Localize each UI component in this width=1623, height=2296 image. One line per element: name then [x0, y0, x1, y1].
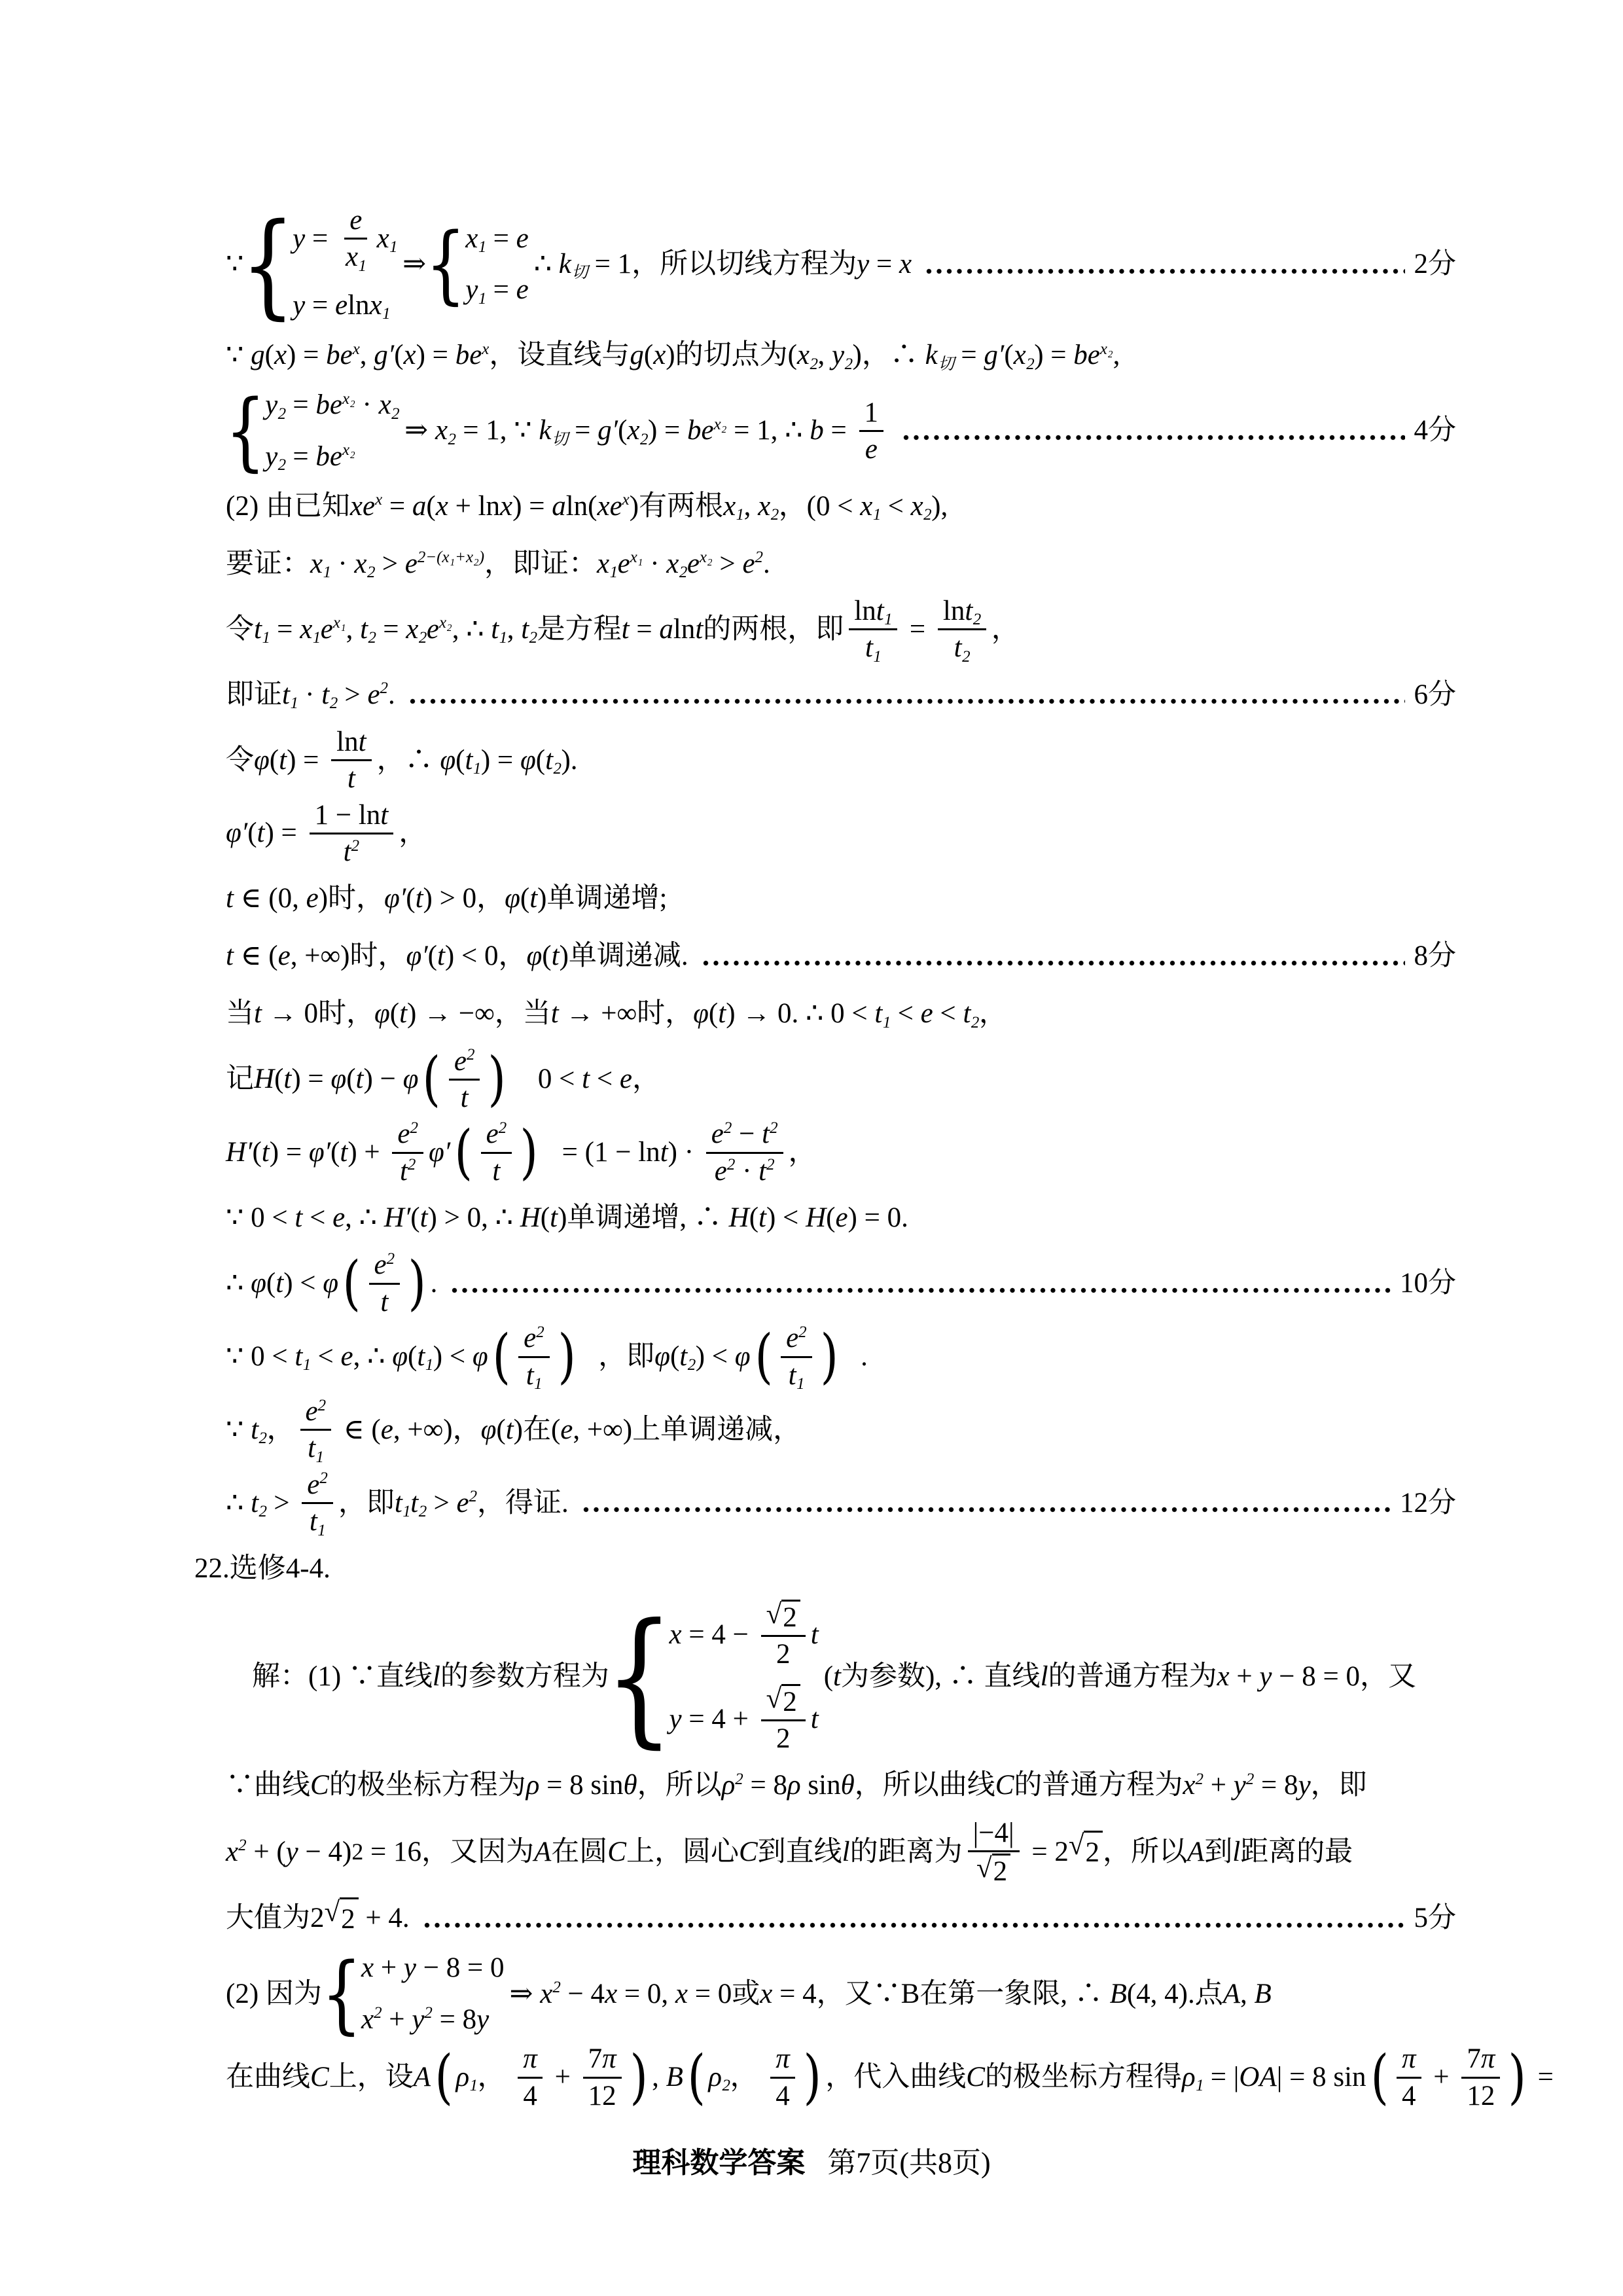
math-variable: B — [1255, 1974, 1272, 2015]
left-brace-icon: { — [620, 1604, 658, 1750]
left-brace-icon: { — [235, 389, 257, 474]
math-variable: t — [254, 994, 262, 1034]
math-text: 的两根，即 — [703, 609, 844, 650]
math-text: 的极坐标方程为 — [329, 1765, 526, 1806]
sqrt-radical: √2 — [1069, 1831, 1103, 1873]
subscript: 2 — [962, 648, 970, 666]
math-variable: x2 — [666, 544, 687, 584]
math-variable: t2 — [400, 1155, 416, 1187]
superscript: 2 — [467, 1046, 474, 1064]
answer-line: ∵曲线C的极坐标方程为ρ = 8 sinθ，所以ρ2 = 8ρ sinθ，所以曲… — [226, 1758, 1456, 1814]
math-variable: e — [835, 1198, 847, 1238]
math-text: · — [298, 675, 321, 715]
math-variable: g — [251, 335, 265, 376]
math-text: ∵ 0 < — [226, 1198, 294, 1238]
math-variable: t2 — [251, 1483, 266, 1524]
math-variable: ex₁ — [618, 544, 643, 584]
fraction-numerator: 1 — [859, 395, 884, 432]
math-text: ⇒ — [402, 244, 426, 285]
math-variable: φ′ — [309, 1132, 330, 1173]
math-text: − — [732, 1118, 762, 1150]
math-variable: t — [506, 1410, 514, 1450]
math-variable: t — [226, 878, 234, 919]
math-variable: bex₂ — [687, 410, 726, 451]
answer-line: ∵{y = ex1x1y = elnx1⇒{x1 = ey1 = e∴ k切 =… — [226, 203, 1456, 326]
fraction-numerator: lnt1 — [849, 594, 897, 630]
math-variable: a — [412, 486, 427, 527]
math-variable: g′ — [374, 335, 394, 376]
fraction-denominator: t — [455, 1081, 474, 1115]
math-text: = (1 − ln — [562, 1132, 660, 1173]
math-text: = — [382, 486, 412, 527]
fraction: lntt — [331, 725, 371, 797]
math-text: ， — [991, 609, 1020, 650]
math-variable: t2 — [321, 675, 337, 715]
math-text: ln — [673, 609, 695, 650]
math-variable: x — [404, 335, 416, 376]
math-text: = | — [1204, 2057, 1239, 2098]
math-text: + — [1427, 2057, 1457, 2098]
math-variable: x1 — [310, 544, 331, 584]
math-variable: e2 — [742, 544, 763, 584]
fraction-denominator: t1 — [521, 1358, 547, 1393]
math-text: . — [763, 544, 770, 584]
math-variable: x — [500, 486, 512, 527]
subscript: 2 — [771, 506, 779, 524]
cases-row: x2 + y2 = 8y — [361, 2000, 504, 2040]
subscript: 1 — [470, 2077, 478, 2094]
math-text: ) · — [668, 1132, 701, 1173]
math-text: = — [869, 244, 899, 285]
fraction-denominator: 2 — [771, 1721, 796, 1756]
superscript: 2 — [319, 1469, 327, 1487]
math-text: ( — [670, 1336, 679, 1377]
math-text: − 8 = 0，又 — [1272, 1657, 1416, 1697]
math-variable: e2 — [456, 1483, 477, 1524]
paren-content: π4 + 7π12 — [1390, 2041, 1507, 2113]
superscript: x₂ — [700, 548, 713, 566]
math-text: , +∞)时， — [291, 936, 406, 977]
math-text: 2 — [993, 1856, 1008, 1887]
math-text: ( — [270, 740, 279, 781]
superscript: x₂ — [714, 416, 727, 433]
math-text: , — [652, 2057, 666, 2098]
paren-group: (e2t1) — [753, 1321, 840, 1393]
score-label: 10分 — [1400, 1263, 1456, 1304]
math-text: ∈ (0, — [234, 878, 306, 919]
math-variable: g′ — [597, 410, 618, 451]
superscript: 2 — [387, 1250, 395, 1268]
math-text: ) = — [416, 335, 455, 376]
math-text: , — [360, 335, 374, 376]
math-text: 在圆 — [551, 1832, 607, 1873]
math-text: ，∴ — [377, 740, 440, 781]
math-variable: t — [551, 994, 559, 1034]
math-text: + — [374, 1948, 404, 1988]
math-variable: e — [335, 285, 348, 326]
math-variable: y — [1298, 1765, 1311, 1806]
superscript: 2 — [424, 2004, 432, 2022]
fraction-denominator: t — [375, 1285, 393, 1319]
math-variable: e2 — [524, 1322, 544, 1354]
math-variable: x2 — [226, 1832, 247, 1873]
left-paren-icon: ( — [436, 2048, 452, 2107]
math-variable: x1 — [300, 609, 321, 650]
math-text: = 4 + — [682, 1699, 756, 1740]
math-text: ln — [943, 595, 965, 627]
math-text: ln — [854, 595, 876, 627]
math-variable: t — [226, 936, 234, 977]
math-variable: t2 — [954, 632, 970, 664]
math-text: ( — [346, 1059, 355, 1100]
subscript: 1 — [1196, 2077, 1204, 2094]
math-variable: t — [348, 762, 355, 795]
math-text: ), — [931, 486, 948, 527]
math-variable: l — [1041, 1657, 1048, 1697]
superscript: 2 — [469, 1488, 477, 1505]
math-text: + — [548, 2057, 578, 2098]
math-variable: x2 — [361, 2000, 382, 2040]
math-text: + — [382, 2000, 412, 2040]
fraction-numerator: π — [1397, 2041, 1421, 2078]
answer-line: ∵ g(x) = bex, g′(x) = bex，设直线与g(x)的切点为(x… — [226, 327, 1456, 384]
answer-line: 大值为2√2 + 4.5分 — [226, 1890, 1456, 1946]
math-variable: e — [381, 1410, 393, 1450]
math-text: ) = — [264, 813, 304, 853]
math-text: 1 — [865, 397, 879, 429]
math-text: > — [427, 1483, 457, 1524]
paren-group: (ρ1， π4 + 7π12) — [433, 2041, 649, 2113]
math-variable: t2 — [963, 994, 978, 1034]
math-variable: φ — [330, 1059, 346, 1100]
math-text: 要证： — [226, 544, 310, 584]
math-text: (2) 因为 — [226, 1974, 322, 2015]
math-text: = — [270, 609, 300, 650]
answer-line: 记H(t) = φ(t) − φ(e2t)0 < t < e， — [226, 1044, 1456, 1116]
left-paren-icon: ( — [455, 1123, 472, 1182]
math-text: ) − — [364, 1059, 403, 1100]
sqrt-radical: √2 — [325, 1897, 359, 1940]
math-text: ) = 0. — [848, 1198, 908, 1238]
math-text: − 4 — [561, 1974, 605, 2015]
math-text: ，即 — [598, 1336, 654, 1377]
math-text: 的距离为 — [850, 1832, 963, 1873]
math-text: ∵ 0 < — [226, 1336, 294, 1377]
math-variable: y2 — [832, 335, 853, 376]
math-text: ，得证. — [477, 1483, 569, 1524]
math-text: 为参数), ∴ 直线 — [841, 1657, 1041, 1697]
math-text: ( — [749, 1198, 758, 1238]
fraction-numerator: e2 — [300, 1394, 332, 1431]
math-text: )单调递增, ∴ — [558, 1198, 729, 1238]
math-text: ) + — [348, 1132, 387, 1173]
math-text: ) = — [1034, 335, 1073, 376]
math-text: · — [331, 544, 355, 584]
math-text: − 8 = 0 — [416, 1948, 505, 1988]
score-label: 2分 — [1414, 244, 1457, 285]
paren-content: ρ2， π4 — [707, 2041, 801, 2113]
math-variable: e2 — [715, 1155, 736, 1187]
math-variable: a — [552, 486, 566, 527]
subscript: 2 — [554, 760, 562, 778]
math-text: 令 — [226, 609, 254, 650]
math-variable: A — [414, 2057, 431, 2098]
radical-icon: √ — [325, 1897, 340, 1927]
subscript: 1 — [873, 506, 881, 524]
math-text: = 8 — [433, 2000, 476, 2040]
math-text: 是方程 — [537, 609, 622, 650]
math-variable: t2 — [762, 1118, 777, 1150]
math-variable: x — [899, 244, 912, 285]
math-variable: t — [340, 1132, 348, 1173]
math-variable: φ — [654, 1336, 670, 1377]
math-variable: φ — [392, 1336, 408, 1377]
left-brace-icon: { — [254, 208, 283, 321]
superscript: 2 — [755, 548, 763, 566]
answer-line: 令t1 = x1ex₁, t2 = x2ex₂, ∴ t1, t2是方程t = … — [226, 594, 1456, 666]
fraction-denominator: t2 — [949, 630, 975, 665]
math-text: ( — [455, 740, 465, 781]
fraction: e2t1 — [300, 1394, 332, 1466]
sqrt-radical: √2 — [976, 1854, 1010, 1888]
math-text: 4 — [523, 2080, 537, 2112]
math-text: ) > 0， — [423, 878, 505, 919]
math-variable: t1 — [395, 1483, 410, 1524]
math-text: ，所以 — [637, 1765, 722, 1806]
superscript: x₁ — [630, 548, 643, 566]
math-text: 2 — [776, 1638, 791, 1670]
fraction: √22 — [761, 1598, 806, 1672]
math-text: 的普通方程为 — [1048, 1657, 1217, 1697]
math-text: > — [713, 544, 743, 584]
math-text: )单调递减. — [560, 936, 688, 977]
radical-icon: √ — [976, 1854, 992, 1883]
subscript: 1 — [478, 238, 486, 256]
subscript: 2 — [259, 1503, 267, 1520]
math-variable: H — [520, 1198, 541, 1238]
fraction-denominator: 12 — [1461, 2079, 1500, 2113]
fraction: √22 — [761, 1683, 806, 1757]
superscript: 2 — [351, 1835, 363, 1869]
math-variable: e — [332, 1198, 345, 1238]
math-variable: x — [1217, 1657, 1230, 1697]
math-text: )单调递增; — [537, 878, 667, 919]
math-text: 4 — [1402, 2080, 1416, 2112]
superscript: x₂ — [342, 441, 355, 459]
subscript: 2 — [391, 405, 399, 423]
subscript: 1 — [402, 1503, 410, 1520]
math-text: ( — [644, 335, 653, 376]
fraction-numerator: |−4| — [968, 1816, 1020, 1852]
math-variable: t — [718, 994, 726, 1034]
subscript: 2 — [367, 564, 375, 581]
right-paren-icon: ) — [804, 2048, 820, 2107]
dot-leader — [410, 698, 1405, 704]
math-variable: x2 — [1014, 335, 1035, 376]
radicand: 2 — [781, 1600, 800, 1634]
fraction-numerator: 7π — [1461, 2041, 1500, 2078]
answer-line: (2) 由已知xex = a(x + lnx) = aln(xex)有两根x1,… — [226, 478, 1456, 535]
math-variable: H′ — [226, 1132, 252, 1173]
math-variable: t2 — [344, 836, 359, 868]
subscript: 1 — [316, 1448, 324, 1466]
math-text: 令 — [226, 740, 254, 781]
cases-group: {y2 = bex₂ · x2y2 = bex₂ — [231, 385, 399, 477]
math-text: , — [507, 609, 522, 650]
math-text: ). — [561, 740, 577, 781]
math-text: ( — [408, 1336, 417, 1377]
right-paren-icon: ) — [558, 1327, 575, 1386]
math-text: ∵曲线 — [226, 1765, 310, 1806]
math-text: 即证 — [226, 675, 282, 715]
math-text: 4 — [776, 2080, 790, 2112]
math-variable: bex₂ — [1073, 335, 1113, 376]
math-text: 的极坐标方程得 — [985, 2057, 1182, 2098]
math-text: ) = — [287, 335, 326, 376]
math-text: 0 < — [538, 1059, 582, 1100]
math-variable: A — [534, 1832, 551, 1873]
math-variable: e2 — [711, 1118, 732, 1150]
fraction: e2t1 — [781, 1321, 812, 1393]
fraction: lnt2t2 — [938, 594, 986, 666]
math-variable: x — [760, 1974, 772, 2015]
math-text: = 4 − — [682, 1615, 756, 1655]
math-text: ( — [824, 1657, 833, 1697]
math-variable: y2 — [412, 2000, 433, 2040]
math-text: ，(0 < — [779, 486, 861, 527]
fraction-denominator: t — [342, 761, 361, 796]
math-text: 1 − ln — [315, 799, 381, 831]
left-paren-icon: ( — [688, 2048, 704, 2107]
math-variable: φ — [481, 1410, 497, 1450]
math-text: , +∞)， — [393, 1410, 481, 1450]
math-text: = 0或 — [688, 1974, 760, 2015]
radical-icon: √ — [1069, 1831, 1084, 1860]
subscript: 1 — [313, 629, 321, 647]
math-variable: y2 — [265, 437, 286, 477]
math-text: sin — [801, 1765, 841, 1806]
math-variable: φ — [473, 1336, 488, 1377]
math-text: · — [735, 1155, 758, 1187]
math-text: ， — [979, 994, 1007, 1034]
right-paren-icon: ) — [521, 1123, 537, 1182]
left-brace-icon: { — [435, 222, 457, 307]
math-text: ( — [426, 486, 435, 527]
math-variable: y — [286, 1832, 298, 1873]
radical-icon: √ — [766, 1600, 782, 1629]
math-text: > — [375, 544, 405, 584]
math-variable: t — [437, 936, 445, 977]
footer-title: 理科数学答案 — [632, 2147, 805, 2179]
math-text: ∴ — [226, 1263, 251, 1304]
fraction: 7π12 — [583, 2041, 622, 2113]
fraction: e2t1 — [518, 1321, 550, 1393]
math-variable: x1 — [860, 486, 881, 527]
fraction-denominator: 4 — [518, 2079, 543, 2113]
score-label: 6分 — [1414, 675, 1457, 715]
dot-leader — [926, 268, 1404, 274]
math-text: 2 — [1085, 1837, 1099, 1868]
math-text: , ∴ — [345, 1198, 384, 1238]
math-variable: t2 — [360, 609, 376, 650]
superscript: 2 — [1196, 1770, 1204, 1788]
math-variable: A — [1223, 1974, 1240, 2015]
math-variable: φ — [505, 878, 520, 919]
math-variable: H′ — [384, 1198, 410, 1238]
math-text: < — [311, 1336, 341, 1377]
math-variable: y2 — [1234, 1765, 1255, 1806]
subscript: 2 — [448, 431, 456, 448]
math-variable: a — [659, 609, 673, 650]
math-variable: x — [361, 1948, 374, 1988]
math-variable: t1 — [491, 609, 507, 650]
math-variable: x — [274, 335, 287, 376]
radical-icon: √ — [766, 1684, 782, 1713]
cases-rows: y = ex1x1y = elnx1 — [293, 203, 397, 326]
radicand: 2 — [992, 1854, 1011, 1888]
math-variable: x — [653, 335, 666, 376]
math-variable: l — [1232, 1832, 1240, 1873]
math-text: ， — [399, 813, 427, 853]
math-variable: φ — [520, 740, 536, 781]
math-text: ( — [541, 1198, 550, 1238]
math-variable: φ — [254, 740, 270, 781]
answer-line: t ∈ (e, +∞)时，φ′(t) < 0，φ(t)单调递减.8分 — [226, 929, 1456, 985]
math-variable: t — [811, 1699, 819, 1740]
fraction-denominator: 12 — [583, 2079, 622, 2113]
math-variable: φ — [374, 994, 390, 1034]
math-text: = 2 — [1025, 1832, 1069, 1873]
left-paren-icon: ( — [493, 1327, 509, 1386]
math-text: < — [302, 1198, 332, 1238]
math-text: = 16，又因为 — [363, 1832, 534, 1873]
math-variable: e2 — [486, 1118, 507, 1150]
math-text: , — [346, 609, 361, 650]
math-variable: x — [436, 486, 448, 527]
math-text: ， — [632, 1059, 660, 1100]
cases-group: {y = ex1x1y = elnx1 — [249, 203, 397, 326]
math-text: ，即 — [1311, 1765, 1367, 1806]
math-text: = — [902, 609, 933, 650]
subscript: 2 — [722, 2077, 730, 2094]
math-variable: t1 — [282, 675, 298, 715]
math-variable: π — [1481, 2043, 1495, 2075]
math-text: ， — [789, 1132, 817, 1173]
math-text: (2) 由已知 — [226, 486, 350, 527]
superscript: 2 — [552, 1979, 560, 1996]
math-variable: t — [660, 1132, 668, 1173]
math-variable: C — [607, 1832, 626, 1873]
answer-line: (2) 因为{x + y − 8 = 0x2 + y2 = 8y⇒ x2 − 4… — [226, 1948, 1456, 2040]
fraction: 1 − lntt2 — [310, 798, 394, 870]
math-text: ⇒ — [404, 410, 435, 451]
fraction: 7π12 — [1461, 2041, 1500, 2113]
answer-line: t ∈ (0, e)时，φ′(t) > 0，φ(t)单调递增; — [226, 871, 1456, 927]
answer-line: x2 + (y − 4)2 = 16，又因为A在圆C上，圆心C到直线l的距离为|… — [226, 1816, 1456, 1890]
cases-row: y = ex1x1 — [293, 203, 397, 275]
math-variable: C — [739, 1832, 758, 1873]
math-variable: y — [857, 244, 869, 285]
math-text: ( — [428, 936, 437, 977]
math-variable: C — [310, 2057, 329, 2098]
math-variable: e2 — [307, 1469, 328, 1501]
math-text: ⇒ — [509, 1974, 540, 2015]
fraction-denominator: t — [487, 1154, 505, 1189]
math-variable: B — [1110, 1974, 1127, 2015]
math-variable: t — [622, 609, 630, 650]
fraction-numerator: 7π — [583, 2041, 622, 2078]
math-variable: t2 — [679, 1336, 695, 1377]
